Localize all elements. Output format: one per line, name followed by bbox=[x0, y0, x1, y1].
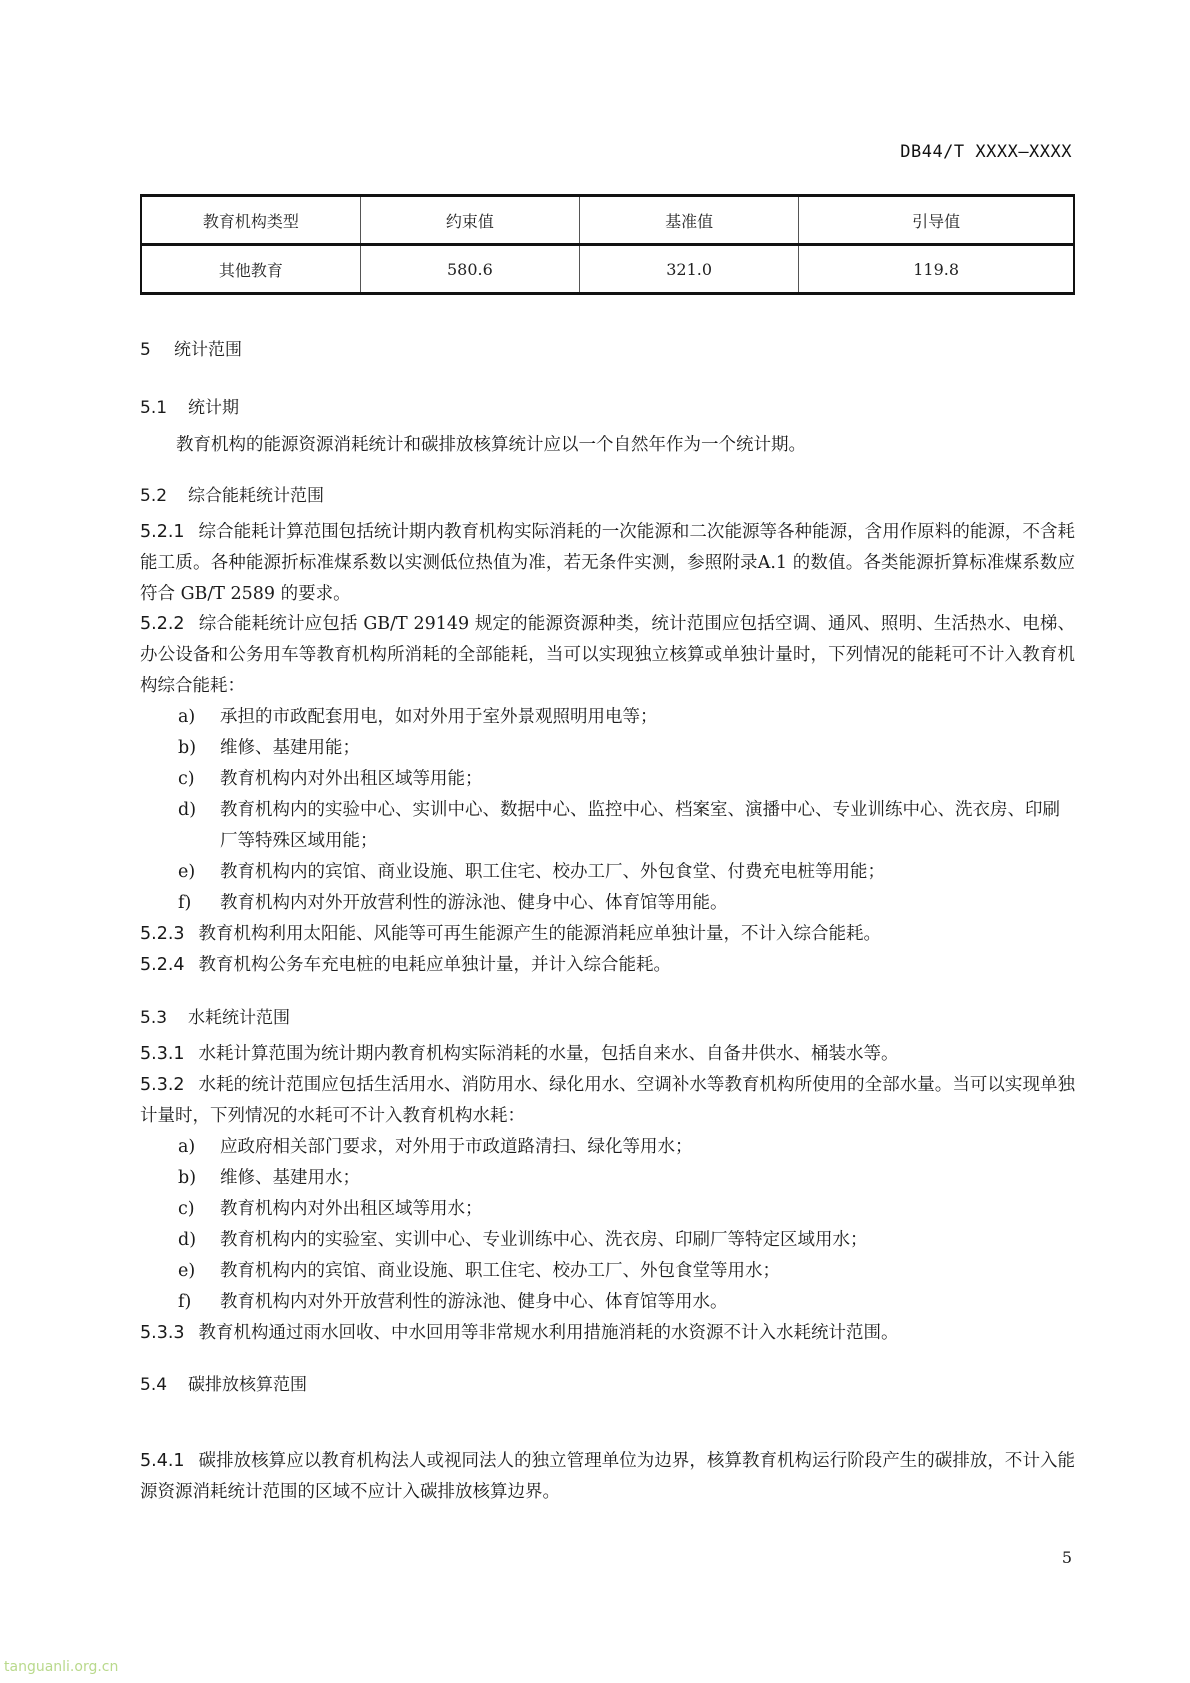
list-item: c)教育机构内对外出租区域等用能； bbox=[178, 764, 1075, 795]
list-item: d)教育机构内的实验中心、实训中心、数据中心、监控中心、档案室、演播中心、专业训… bbox=[178, 795, 1075, 857]
clause-5-2-4: 5.2.4教育机构公务车充电桩的电耗应单独计量，并计入综合能耗。 bbox=[140, 950, 1075, 981]
list-item: d)教育机构内的实验室、实训中心、专业训练中心、洗衣房、印刷厂等特定区域用水； bbox=[178, 1225, 1075, 1256]
section-heading-5: 5统计范围 bbox=[140, 335, 242, 360]
column-header: 基准值 bbox=[580, 196, 799, 245]
clause-5-3-3: 5.3.3教育机构通过雨水回收、中水回用等非常规水利用措施消耗的水资源不计入水耗… bbox=[140, 1318, 1075, 1349]
table-cell: 其他教育 bbox=[141, 245, 360, 294]
indicator-table: 教育机构类型 约束值 基准值 引导值 其他教育 580.6 321.0 119.… bbox=[140, 194, 1075, 295]
clause-5-3-1: 5.3.1水耗计算范围为统计期内教育机构实际消耗的水量，包括自来水、自备井供水、… bbox=[140, 1039, 1075, 1070]
column-header: 教育机构类型 bbox=[141, 196, 360, 245]
section-heading-5-1: 5.1统计期 bbox=[140, 393, 239, 418]
clause-5-3-2: 5.3.2水耗的统计范围应包括生活用水、消防用水、绿化用水、空调补水等教育机构所… bbox=[140, 1070, 1075, 1132]
list-item: e)教育机构内的宾馆、商业设施、职工住宅、校办工厂、外包食堂等用水； bbox=[178, 1256, 1075, 1287]
watermark: tanguanli.org.cn bbox=[4, 1659, 118, 1675]
table-cell: 119.8 bbox=[799, 245, 1074, 294]
clause-5-2-2: 5.2.2综合能耗统计应包括 GB/T 29149 规定的能源资源种类，统计范围… bbox=[140, 609, 1075, 702]
list-item: f)教育机构内对外开放营利性的游泳池、健身中心、体育馆等用水。 bbox=[178, 1287, 1075, 1318]
list-item: a)承担的市政配套用电，如对外用于室外景观照明用电等； bbox=[178, 702, 1075, 733]
list-item: b)维修、基建用能； bbox=[178, 733, 1075, 764]
section-heading-5-2: 5.2综合能耗统计范围 bbox=[140, 481, 324, 506]
clause-5-2-3: 5.2.3教育机构利用太阳能、风能等可再生能源产生的能源消耗应单独计量，不计入综… bbox=[140, 919, 1075, 950]
list-item: a)应政府相关部门要求，对外用于市政道路清扫、绿化等用水； bbox=[178, 1132, 1075, 1163]
section-heading-5-4: 5.4碳排放核算范围 bbox=[140, 1370, 307, 1395]
list-item: f)教育机构内对外开放营利性的游泳池、健身中心、体育馆等用能。 bbox=[178, 888, 1075, 919]
table-row: 其他教育 580.6 321.0 119.8 bbox=[141, 245, 1074, 294]
document-page: DB44/T XXXX—XXXX 教育机构类型 约束值 基准值 引导值 其他教育… bbox=[0, 0, 1190, 1683]
paragraph-5-1: 教育机构的能源资源消耗统计和碳排放核算统计应以一个自然年作为一个统计期。 bbox=[140, 430, 1075, 461]
table-cell: 321.0 bbox=[580, 245, 799, 294]
page-number: 5 bbox=[1062, 1548, 1072, 1567]
list-item: c)教育机构内对外出租区域等用水； bbox=[178, 1194, 1075, 1225]
document-code: DB44/T XXXX—XXXX bbox=[900, 142, 1072, 162]
list-item: b)维修、基建用水； bbox=[178, 1163, 1075, 1194]
list-item: e)教育机构内的宾馆、商业设施、职工住宅、校办工厂、外包食堂、付费充电桩等用能； bbox=[178, 857, 1075, 888]
table-cell: 580.6 bbox=[360, 245, 579, 294]
column-header: 引导值 bbox=[799, 196, 1074, 245]
clause-5-2-1: 5.2.1综合能耗计算范围包括统计期内教育机构实际消耗的一次能源和二次能源等各种… bbox=[140, 517, 1075, 610]
section-heading-5-3: 5.3水耗统计范围 bbox=[140, 1003, 290, 1028]
column-header: 约束值 bbox=[360, 196, 579, 245]
clause-5-4-1: 5.4.1碳排放核算应以教育机构法人或视同法人的独立管理单位为边界，核算教育机构… bbox=[140, 1446, 1075, 1508]
table-header-row: 教育机构类型 约束值 基准值 引导值 bbox=[141, 196, 1074, 245]
